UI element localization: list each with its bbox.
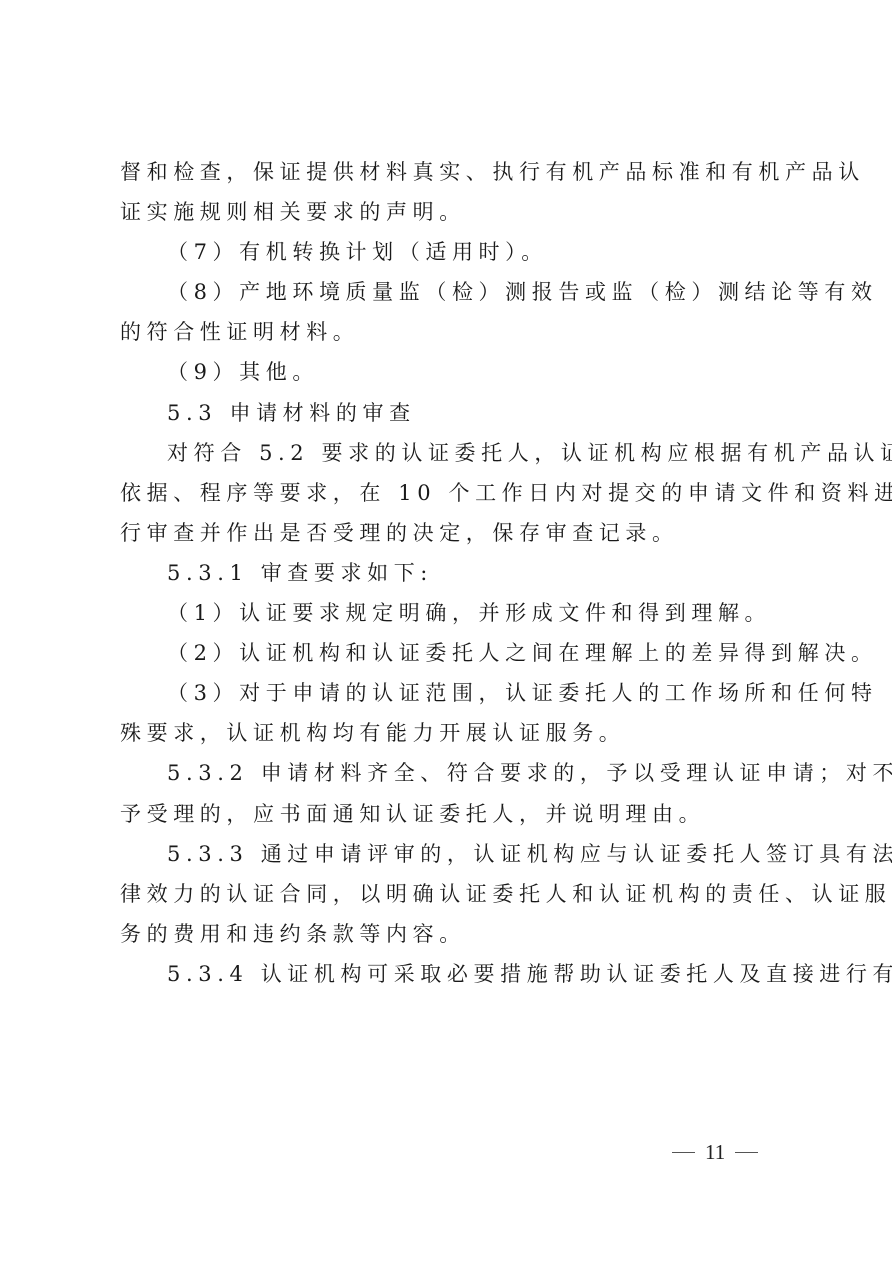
paragraph-line: 行审查并作出是否受理的决定，保存审查记录。 bbox=[120, 513, 776, 553]
list-item-7: （7）有机转换计划（适用时）。 bbox=[120, 232, 776, 272]
paragraph-line: 对符合 5.2 要求的认证委托人，认证机构应根据有机产品认证 bbox=[120, 433, 776, 473]
list-item-3: （3）对于申请的认证范围，认证委托人的工作场所和任何特 bbox=[120, 673, 776, 713]
clause-5-3-2: 5.3.2 申请材料齐全、符合要求的，予以受理认证申请；对不 bbox=[120, 753, 776, 793]
section-heading-5-3-1: 5.3.1 审查要求如下: bbox=[120, 553, 776, 593]
clause-5-3-4: 5.3.4 认证机构可采取必要措施帮助认证委托人及直接进行有 bbox=[120, 954, 776, 994]
text-line: 殊要求，认证机构均有能力开展认证服务。 bbox=[120, 713, 776, 753]
list-item-2: （2）认证机构和认证委托人之间在理解上的差异得到解决。 bbox=[120, 633, 776, 673]
list-item-9: （9）其他。 bbox=[120, 352, 776, 392]
document-body: 督和检查，保证提供材料真实、执行有机产品标准和有机产品认 证实施规则相关要求的声… bbox=[120, 152, 776, 994]
list-item-8: （8）产地环境质量监（检）测报告或监（检）测结论等有效 bbox=[120, 272, 776, 312]
page-number: 11 bbox=[705, 1140, 725, 1165]
text-line: 督和检查，保证提供材料真实、执行有机产品标准和有机产品认 bbox=[120, 152, 776, 192]
dash-right bbox=[735, 1152, 758, 1154]
page-footer: 11 bbox=[672, 1140, 758, 1165]
text-line: 的符合性证明材料。 bbox=[120, 312, 776, 352]
dash-left bbox=[672, 1152, 695, 1154]
section-heading-5-3: 5.3 申请材料的审查 bbox=[120, 393, 776, 433]
paragraph-line: 依据、程序等要求，在 10 个工作日内对提交的申请文件和资料进 bbox=[120, 473, 776, 513]
list-item-1: （1）认证要求规定明确，并形成文件和得到理解。 bbox=[120, 593, 776, 633]
clause-5-3-3: 5.3.3 通过申请评审的，认证机构应与认证委托人签订具有法 bbox=[120, 834, 776, 874]
text-line: 予受理的，应书面通知认证委托人，并说明理由。 bbox=[120, 794, 776, 834]
text-line: 律效力的认证合同，以明确认证委托人和认证机构的责任、认证服 bbox=[120, 874, 776, 914]
text-line: 务的费用和违约条款等内容。 bbox=[120, 914, 776, 954]
text-line: 证实施规则相关要求的声明。 bbox=[120, 192, 776, 232]
